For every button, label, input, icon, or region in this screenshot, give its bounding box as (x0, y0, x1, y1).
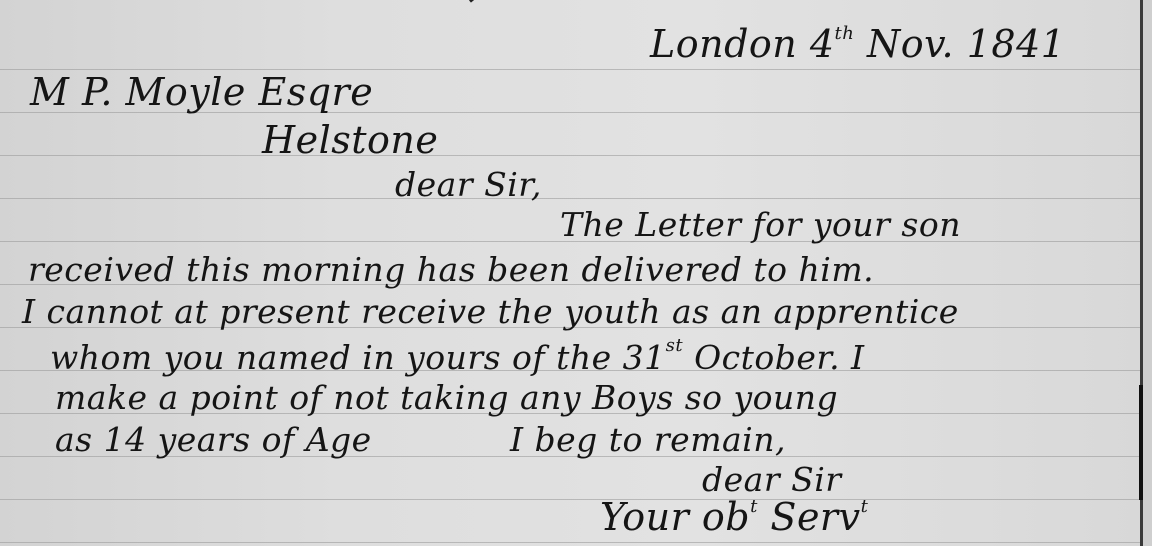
page-edge (1143, 0, 1152, 546)
dateline-day: 4 (810, 22, 835, 66)
addressee-place: Helstone (262, 118, 438, 162)
addressee-name: M P. Moyle Esqre (30, 70, 373, 114)
dateline-year: 1841 (967, 22, 1066, 66)
signoff-end: Serv (758, 495, 861, 539)
letter-page: London 4th Nov. 1841 M P. Moyle Esqre He… (0, 0, 1152, 546)
body-line-5: make a point of not taking any Boys so y… (55, 378, 838, 417)
body-line-4-rest: October. I (683, 338, 864, 377)
salutation: dear Sir, (395, 165, 542, 204)
signoff-sup-1: t (750, 496, 758, 517)
signoff-text: Your ob (600, 495, 750, 539)
body-line-1: The Letter for your son (560, 205, 961, 244)
dateline-day-suffix: th (835, 23, 855, 44)
dateline-place: London (650, 22, 797, 66)
closing-signoff: Your obt Servt (600, 495, 868, 539)
body-line-3: I cannot at present receive the youth as… (22, 292, 959, 331)
body-line-4: whom you named in yours of the 31st Octo… (50, 335, 865, 377)
body-line-4-sup: st (666, 335, 683, 356)
closing-phrase: I beg to remain, (510, 420, 786, 459)
closing-salutation: dear Sir (702, 460, 842, 499)
dateline-month: Nov. (867, 22, 954, 66)
signoff-sup-2: t (861, 496, 869, 517)
dateline: London 4th Nov. 1841 (650, 22, 1065, 66)
body-line-4-text: whom you named in yours of the 31 (50, 338, 666, 377)
body-line-2: received this morning has been delivered… (28, 250, 874, 289)
tick-mark (469, 0, 488, 3)
body-line-6: as 14 years of Age (55, 420, 372, 459)
